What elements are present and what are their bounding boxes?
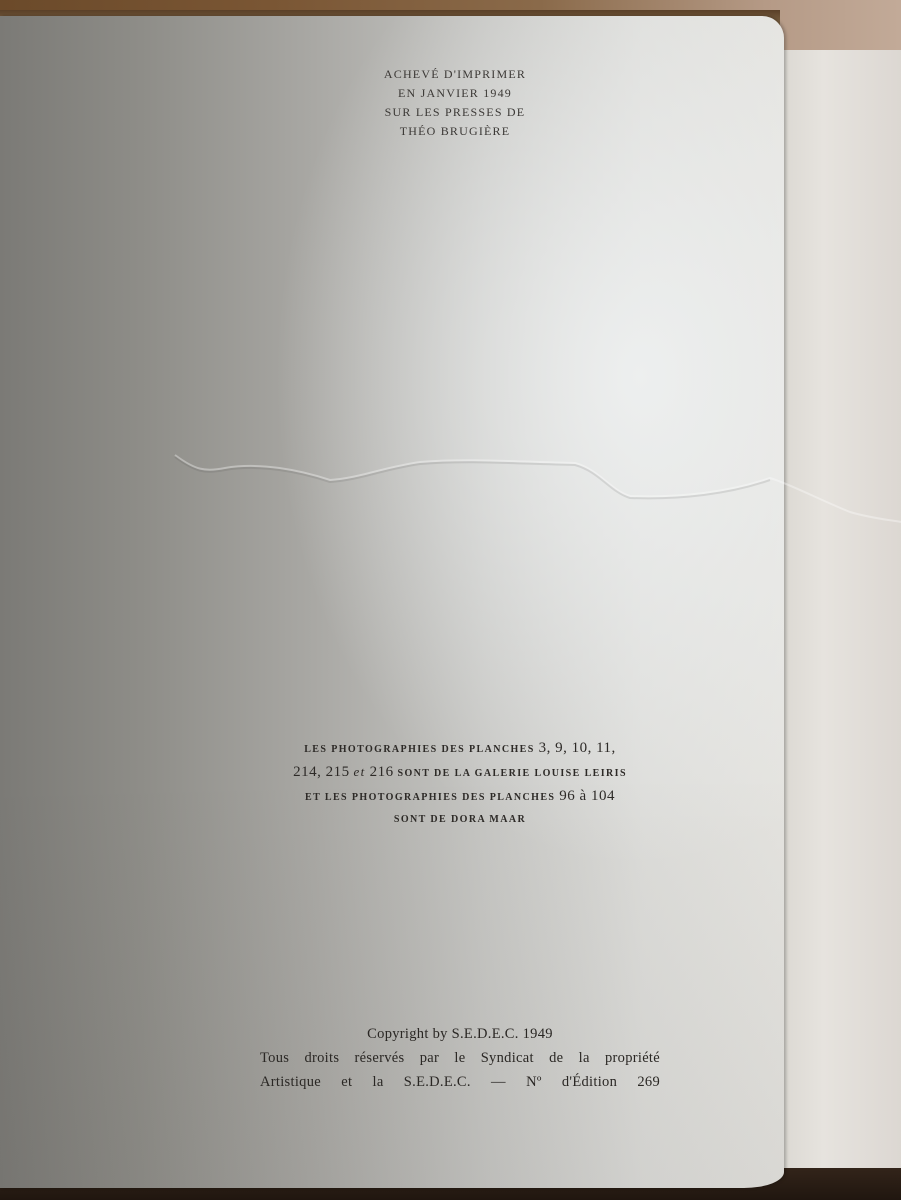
printing-colophon: Achevé d'imprimer en janvier 1949 sur le… [300,65,610,141]
plate-numbers: 3, 9, 10, 11, [539,740,616,756]
copyright-notice: Copyright by S.E.D.E.C. 1949 Tous droits… [245,1022,675,1094]
plate-numbers: 214, 215 [293,764,350,780]
colophon-line: Théo Brugière [300,122,610,141]
credit-line: sont de Dora Maar [245,809,675,831]
colophon-line: sur les presses de [300,103,610,122]
plate-numbers: 216 [370,764,394,780]
credit-line: Les photographies des planches 3, 9, 10,… [245,737,675,761]
underlying-page-edge [770,50,901,1168]
copyright-line: Copyright by S.E.D.E.C. 1949 [367,1026,553,1042]
credit-line: 214, 215 et 216 sont de la Galerie Louis… [245,761,675,785]
colophon-line: en janvier 1949 [300,84,610,103]
credit-text: sont de la Galerie Louise Leiris [398,768,627,779]
credit-text: et les photographies des planches [305,792,555,803]
edition-line: Artistique et la S.E.D.E.C. — Nº d'Éditi… [260,1070,660,1094]
plate-numbers: 96 à 104 [559,788,615,804]
photo-credits: Les photographies des planches 3, 9, 10,… [245,737,675,831]
credit-text: sont de Dora Maar [394,814,526,825]
credit-line: et les photographies des planches 96 à 1… [245,785,675,809]
colophon-line: Achevé d'imprimer [300,65,610,84]
conjunction: et [354,764,366,779]
credit-text: Les photographies des planches [304,744,534,755]
rights-line: Tous droits réservés par le Syndicat de … [260,1046,660,1070]
colophon-page [0,16,784,1188]
